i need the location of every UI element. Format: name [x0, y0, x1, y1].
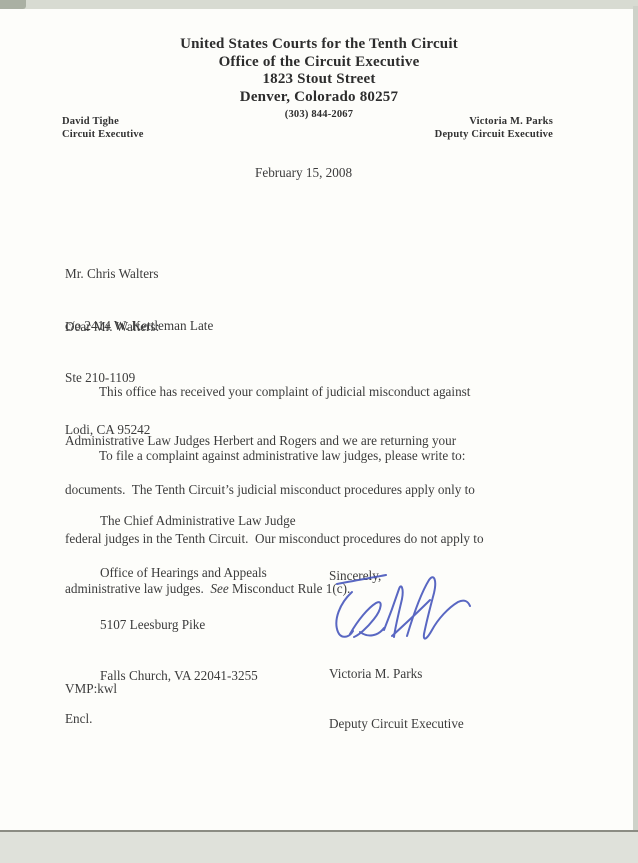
- signer-name: Victoria M. Parks: [329, 666, 464, 683]
- recipient-line: Mr. Chris Walters: [65, 265, 213, 282]
- officer-right-name: Victoria M. Parks: [435, 115, 553, 128]
- scan-edge-right: [633, 6, 638, 832]
- letter-page: United States Courts for the Tenth Circu…: [0, 0, 638, 863]
- address-line: Falls Church, VA 22041-3255: [100, 667, 296, 684]
- letterhead-org: United States Courts for the Tenth Circu…: [0, 36, 638, 54]
- officer-left: David Tighe Circuit Executive: [62, 115, 144, 141]
- address-line: 5107 Leesburg Pike: [100, 616, 296, 633]
- scan-edge-top: [0, 0, 638, 9]
- signature-block: Victoria M. Parks Deputy Circuit Executi…: [329, 633, 464, 765]
- paragraph-2: To file a complaint against administrati…: [99, 448, 465, 464]
- officer-right: Victoria M. Parks Deputy Circuit Executi…: [435, 115, 553, 141]
- body-line: Administrative Law Judges Herbert and Ro…: [65, 433, 570, 449]
- enclosure-notation: Encl.: [65, 711, 92, 727]
- forwarding-address: The Chief Administrative Law Judge Offic…: [100, 478, 296, 719]
- officer-left-name: David Tighe: [62, 115, 144, 128]
- letterhead-street: 1823 Stout Street: [0, 71, 638, 89]
- letterhead-officers: David Tighe Circuit Executive Victoria M…: [62, 115, 553, 141]
- letterhead: United States Courts for the Tenth Circu…: [0, 36, 638, 121]
- address-line: Office of Hearings and Appeals: [100, 564, 296, 581]
- typist-initials: VMP:kwl: [65, 681, 117, 697]
- officer-right-title: Deputy Circuit Executive: [435, 128, 553, 141]
- scan-corner-smudge: [0, 0, 26, 9]
- address-line: The Chief Administrative Law Judge: [100, 512, 296, 529]
- body-line: This office has received your complaint …: [65, 384, 570, 400]
- letterhead-office: Office of the Circuit Executive: [0, 54, 638, 72]
- salutation: Dear Mr. Walters:: [65, 319, 159, 335]
- date-line: February 15, 2008: [255, 165, 352, 181]
- letterhead-city: Denver, Colorado 80257: [0, 89, 638, 107]
- scan-edge-bottom: [0, 832, 638, 863]
- officer-left-title: Circuit Executive: [62, 128, 144, 141]
- signer-title: Deputy Circuit Executive: [329, 716, 464, 733]
